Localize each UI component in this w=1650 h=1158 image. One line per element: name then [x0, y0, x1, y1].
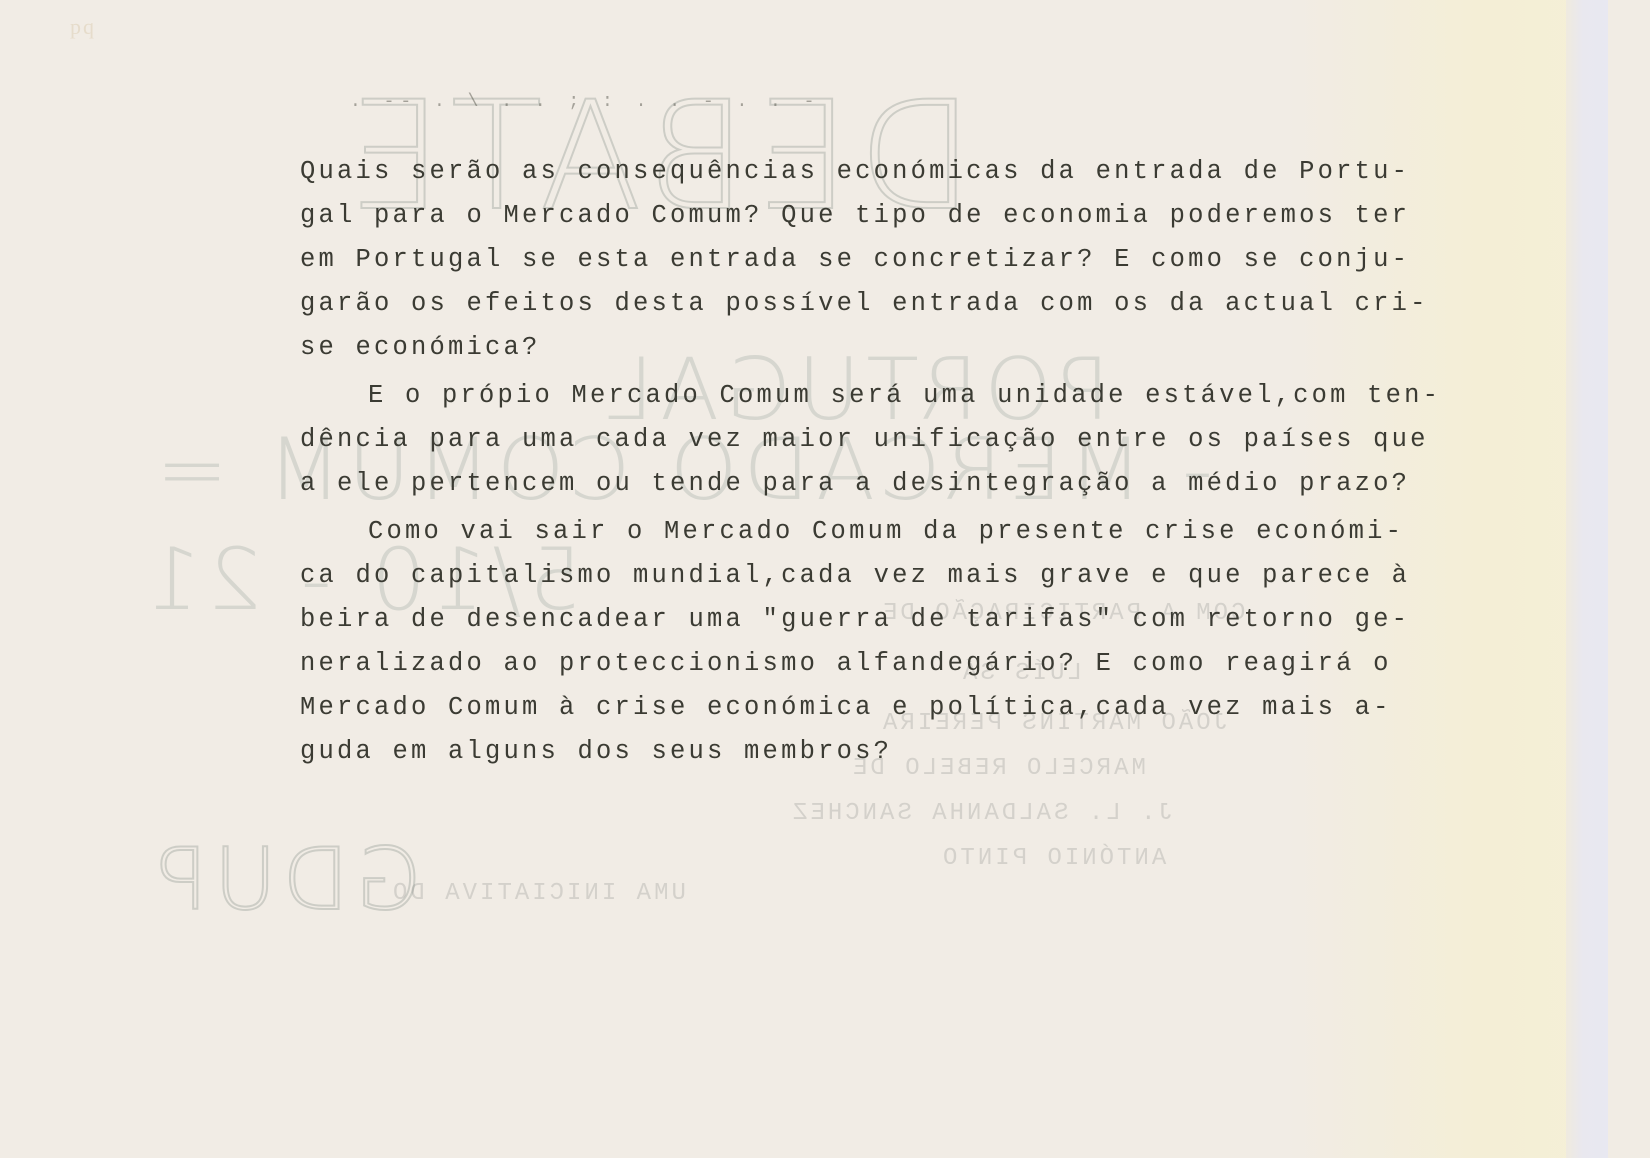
typewritten-text: Quais serão as consequências económicas … [300, 150, 1420, 774]
text-line: gal para o Mercado Comum? Que tipo de ec… [300, 194, 1420, 238]
text-line: ca do capitalismo mundial,cada vez mais … [300, 554, 1420, 598]
scan-mark: pq [70, 14, 96, 40]
ghost-name-6: UMA INICIATIVA DO [390, 880, 686, 907]
paragraph-1: Quais serão as consequências económicas … [300, 150, 1420, 370]
text-line: dência para uma cada vez maior unificaçã… [300, 418, 1420, 462]
header-noise: . -- . \ . . ; : . . - . . - [350, 92, 820, 112]
page-edge [1566, 0, 1608, 1158]
text-line: em Portugal se esta entrada se concretiz… [300, 238, 1420, 282]
text-line: neralizado ao proteccionismo alfandegári… [300, 642, 1420, 686]
paragraph-2: E o própio Mercado Comum será uma unidad… [300, 374, 1420, 506]
text-line: se económica? [300, 326, 1420, 370]
text-line: beira de desencadear uma "guerra de tari… [300, 598, 1420, 642]
text-line: Quais serão as consequências económicas … [300, 150, 1420, 194]
text-line: garão os efeitos desta possível entrada … [300, 282, 1420, 326]
text-line: E o própio Mercado Comum será uma unidad… [300, 374, 1420, 418]
text-line: Mercado Comum à crise económica e políti… [300, 686, 1420, 730]
paragraph-3: Como vai sair o Mercado Comum da present… [300, 510, 1420, 774]
ghost-name-5: ANTÓNIO PINTO [940, 845, 1166, 872]
text-line: guda em alguns dos seus membros? [300, 730, 1420, 774]
ghost-name-4: J. L. SALDANHA SANCHEZ [790, 800, 1173, 827]
scanned-page: pq DEBATE PORTUGAL - MERCADO COMUM = 5/1… [0, 0, 1608, 1158]
text-line: Como vai sair o Mercado Comum da present… [300, 510, 1420, 554]
ghost-stamp-gdup: GDUP [150, 830, 422, 930]
text-line: a ele pertencem ou tende para a desinteg… [300, 462, 1420, 506]
